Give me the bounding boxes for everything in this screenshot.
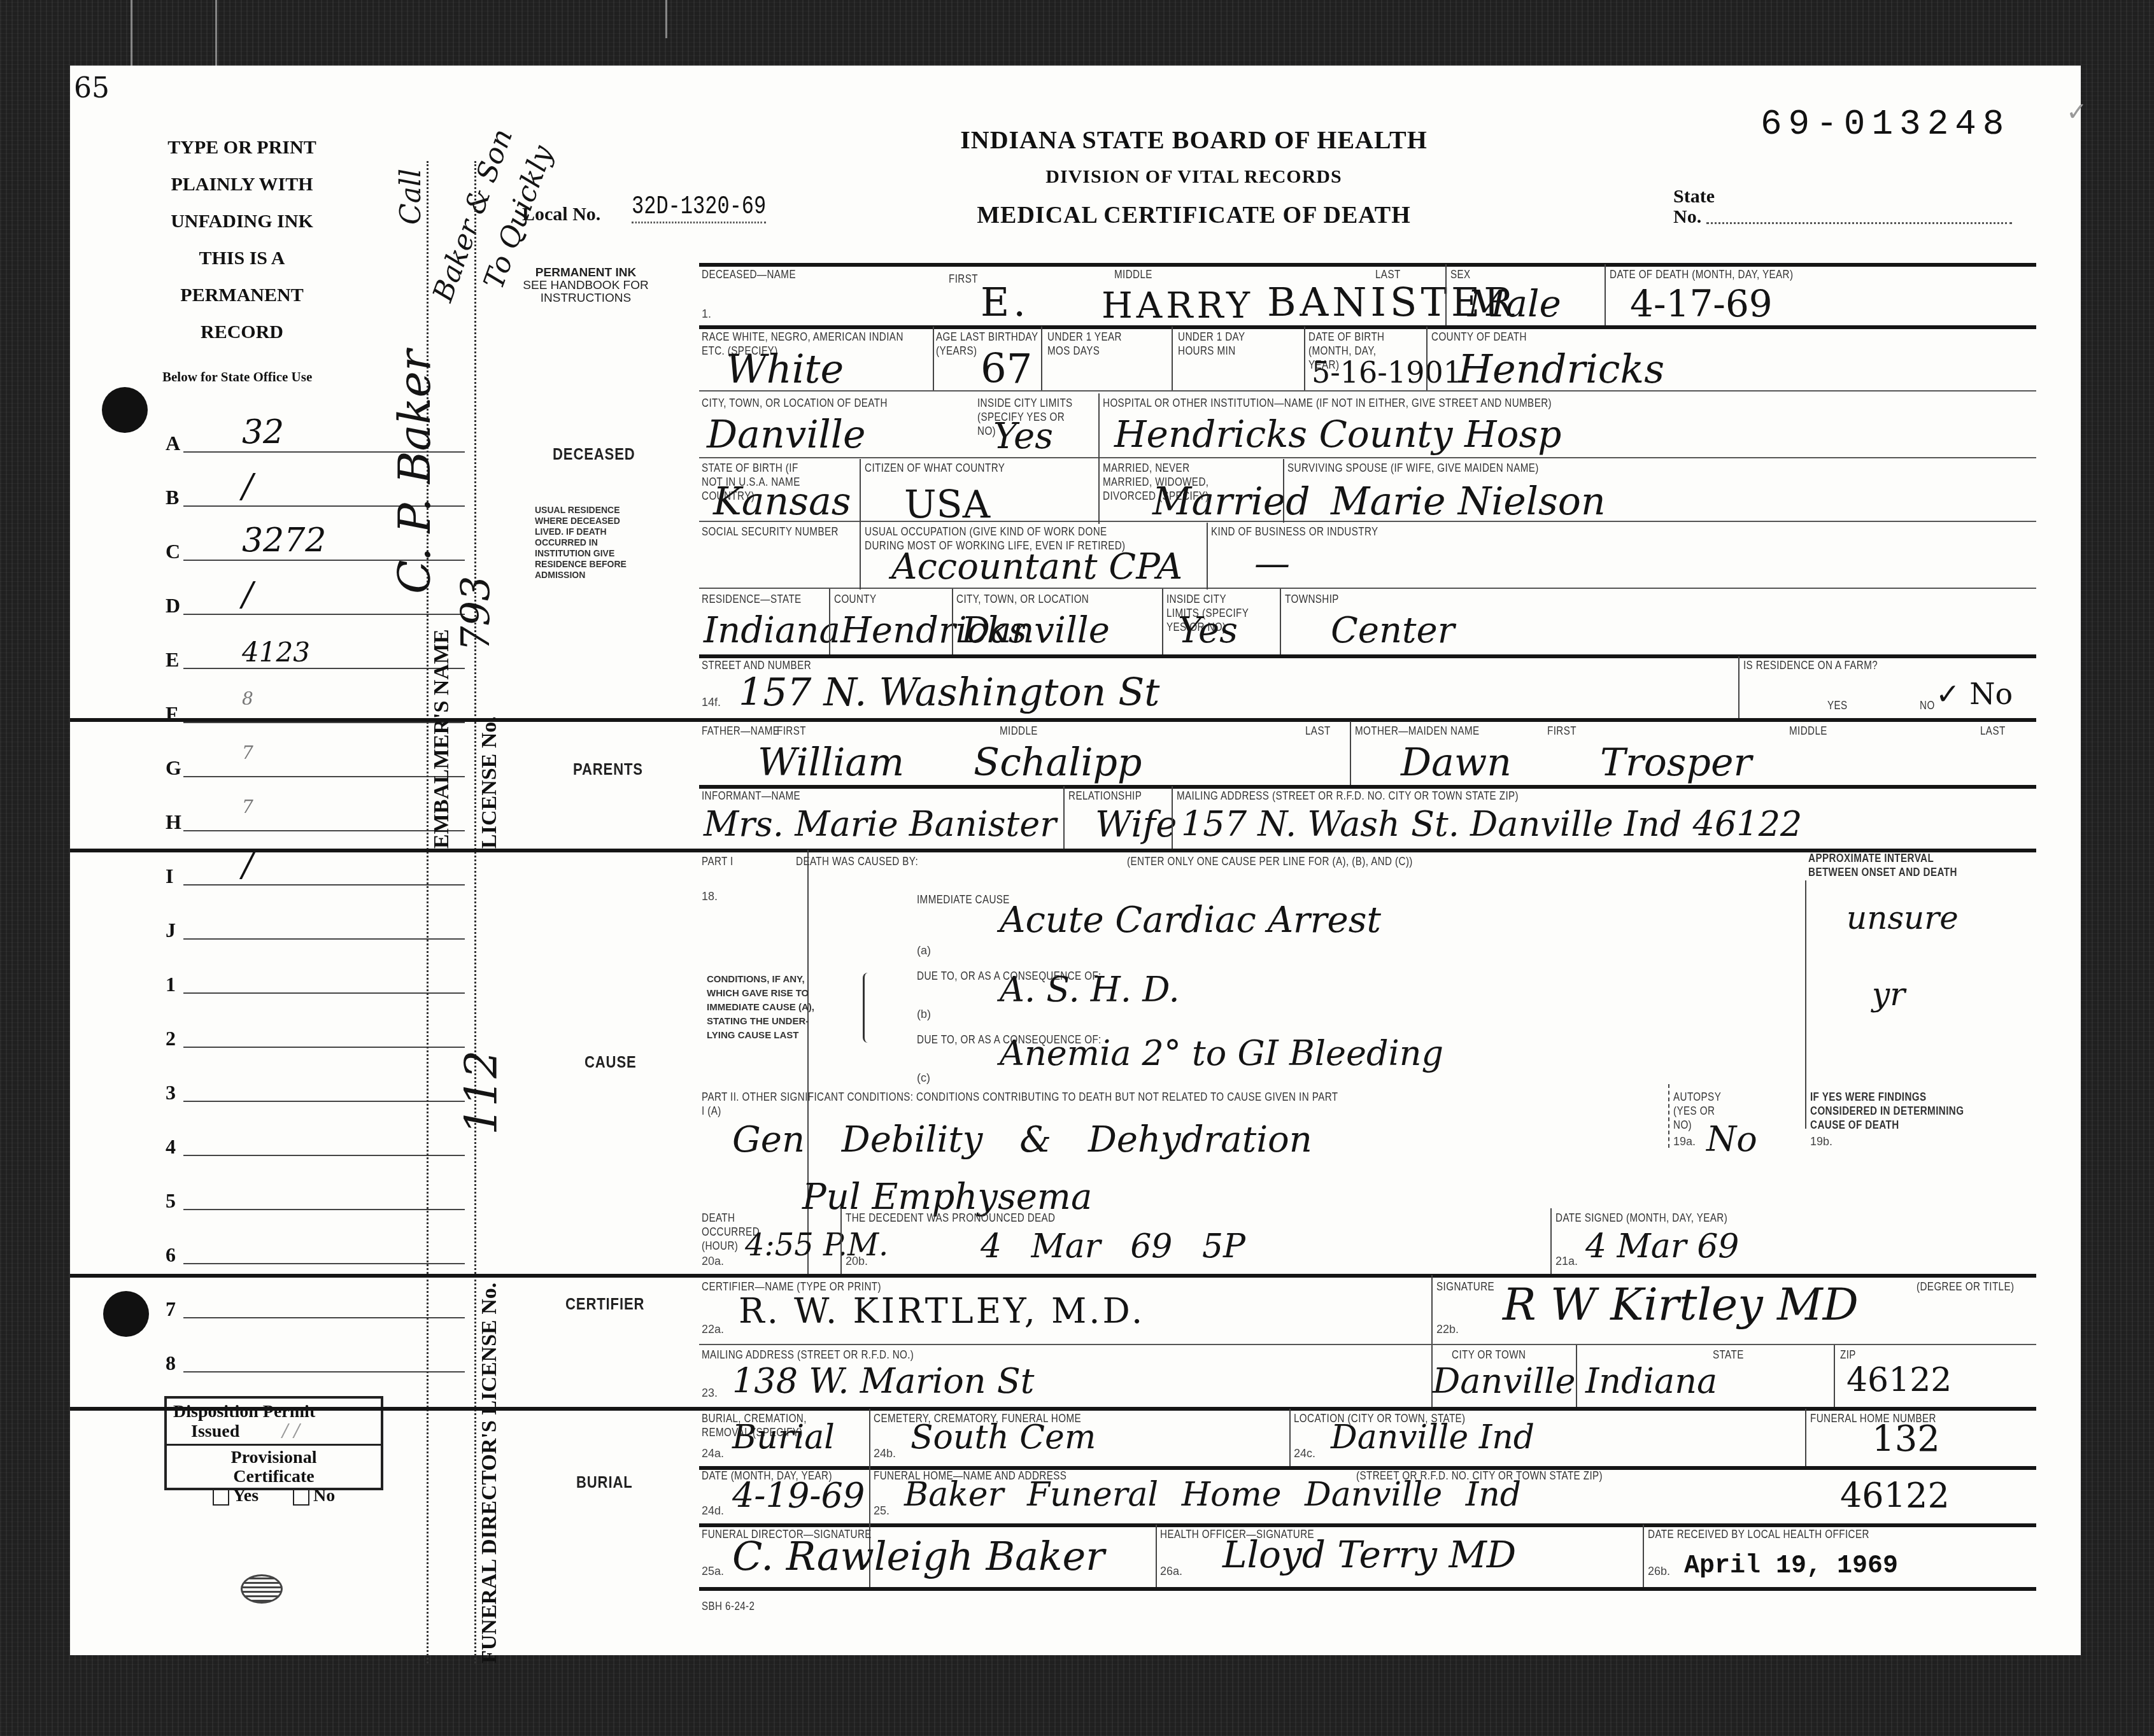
fh-number-value: 132 <box>1872 1418 1940 1460</box>
certifier-name-value: R. W. KIRTLEY, M.D. <box>739 1291 1145 1331</box>
local-no-label: Local No. <box>522 204 600 225</box>
certifier-address-value: 138 W. Marion St <box>732 1361 1034 1401</box>
interval-a-value: unsure <box>1846 900 1959 936</box>
pronounced-value: 4 Mar 69 5P <box>981 1227 1245 1266</box>
state-code-6: 6 <box>166 1234 465 1272</box>
name-label: DECEASED—NAME <box>702 268 796 282</box>
father-middle-label: MIDDLE <box>1000 724 1038 738</box>
farm-value: ✓ No <box>1936 677 2013 711</box>
provisional-label: Provisional <box>167 1448 381 1467</box>
burial-date-value: 4-19-69 <box>732 1476 865 1516</box>
spouse-label: SURVIVING SPOUSE (IF WIFE, GIVE MAIDEN N… <box>1287 462 1539 476</box>
field-number: 23. <box>702 1387 718 1400</box>
state-code-h: H7 <box>166 801 465 839</box>
father-value: William Schalipp <box>758 740 1142 785</box>
certifier-signature: R W Kirtley MD <box>1503 1278 1859 1330</box>
cause-a-marker: (a) <box>917 944 931 957</box>
ho-signature: Lloyd Terry MD <box>1222 1533 1516 1576</box>
embalmer-name-label: EMBALMER'S NAME <box>430 629 454 849</box>
res-township-label: TOWNSHIP <box>1285 593 1339 607</box>
interval-label: APPROXIMATE INTERVAL BETWEEN ONSET AND D… <box>1808 852 1976 880</box>
field-number: 19b. <box>1810 1135 1832 1148</box>
cause-a-value: Acute Cardiac Arrest <box>1000 900 1381 941</box>
no-label: No <box>313 1486 335 1506</box>
certificate-label: Certificate <box>167 1467 381 1486</box>
race-value: White <box>726 346 844 392</box>
marital-value: Married <box>1152 479 1310 524</box>
union-label-icon <box>241 1574 283 1604</box>
father-first-label: FIRST <box>777 724 806 738</box>
cause-b-value: A. S. H. D. <box>1000 970 1180 1010</box>
divider <box>840 1208 842 1274</box>
divider <box>1426 327 1428 390</box>
hospital-value: Hendricks County Hosp <box>1114 413 1561 456</box>
page-title: MEDICAL CERTIFICATE OF DEATH <box>917 201 1471 229</box>
county-of-death-value: Hendricks <box>1458 346 1664 392</box>
signature-label: SIGNATURE <box>1436 1280 1494 1294</box>
note-call: Call <box>395 169 427 225</box>
instruction-line: PLAINLY WITH <box>159 166 325 203</box>
age-value: 67 <box>981 346 1032 393</box>
title-division: DIVISION OF VITAL RECORDS <box>917 166 1471 188</box>
rule <box>699 263 2036 267</box>
instructions-block: TYPE OR PRINT PLAINLY WITH UNFADING INK … <box>159 129 325 351</box>
res-township-value: Center <box>1331 610 1454 651</box>
business-value: — <box>1254 543 1290 584</box>
section-parents: PARENTS <box>573 759 643 779</box>
autopsy-value: No <box>1706 1119 1757 1159</box>
date-of-death-value: 4-17-69 <box>1630 282 1773 325</box>
city-of-death-value: Danville <box>707 413 866 457</box>
yes-label: Yes <box>233 1486 259 1506</box>
informant-address-label: MAILING ADDRESS (STREET OR R.F.D. NO. CI… <box>1177 789 1519 803</box>
divider <box>1162 589 1163 654</box>
interval-b-value: yr <box>1872 976 1905 1013</box>
state-code-3: 3 <box>166 1071 465 1110</box>
rule <box>699 1587 2036 1591</box>
rule <box>70 849 2036 852</box>
divider <box>1576 1345 1577 1407</box>
rule <box>70 718 2036 722</box>
mother-middle-label: MIDDLE <box>1789 724 1827 738</box>
informant-label: INFORMANT—NAME <box>702 789 800 803</box>
field-number: 21a. <box>1555 1255 1578 1268</box>
field-number: 24b. <box>874 1447 896 1460</box>
immediate-cause-label: IMMEDIATE CAUSE <box>917 893 1010 907</box>
rule <box>699 785 2036 789</box>
divider <box>1304 327 1305 390</box>
divider <box>829 589 830 654</box>
res-city-value: Danville <box>961 610 1110 651</box>
business-label: KIND OF BUSINESS OR INDUSTRY <box>1211 525 1378 539</box>
informant-value: Mrs. Marie Banister <box>704 804 1056 844</box>
cause-c-value: Anemia 2° to GI Bleeding <box>1000 1033 1443 1073</box>
divider <box>1805 880 1806 1129</box>
divider <box>1041 327 1042 390</box>
rule <box>70 1274 2036 1278</box>
provisional-yes-checkbox[interactable] <box>213 1489 229 1506</box>
field-number: 20a. <box>702 1255 724 1268</box>
state-office-label: Below for State Office Use <box>162 369 312 385</box>
received-label: DATE RECEIVED BY LOCAL HEALTH OFFICER <box>1648 1528 1869 1542</box>
father-last-label: LAST <box>1305 724 1331 738</box>
state-code-5: 5 <box>166 1180 465 1218</box>
license-no-label: LICENSE No. <box>478 716 502 849</box>
state-code-7: 7 <box>166 1288 465 1326</box>
certifier-state-label: STATE <box>1713 1348 1744 1362</box>
divider <box>1280 589 1281 654</box>
under-1-day-label: UNDER 1 DAY HOURS MIN <box>1178 330 1270 358</box>
provisional-no-checkbox[interactable] <box>293 1489 309 1506</box>
issued-value: / / <box>282 1420 300 1441</box>
divider <box>1172 786 1173 849</box>
farm-no[interactable]: NO <box>1920 699 1935 713</box>
divider <box>1172 327 1173 390</box>
instruction-line: UNFADING INK <box>159 203 325 240</box>
check-mark-icon: ✓ <box>2066 97 2088 127</box>
death-caused-by-label: DEATH WAS CAUSED BY: <box>796 855 918 869</box>
field-number: 18. <box>702 890 718 903</box>
cause-b-marker: (b) <box>917 1008 931 1021</box>
field-number: 19a. <box>1673 1135 1696 1148</box>
funeral-home-value: Baker Funeral Home Danville Ind <box>904 1476 1521 1514</box>
ssn-label: SOCIAL SECURITY NUMBER <box>702 525 839 539</box>
form-code: SBH 6-24-2 <box>702 1600 755 1614</box>
state-of-birth-value: Kansas <box>713 479 851 524</box>
field-number: 25. <box>874 1504 889 1518</box>
mother-first-label: FIRST <box>1547 724 1577 738</box>
state-code-1: 1 <box>166 963 465 1001</box>
instruction-line: RECORD <box>159 314 325 351</box>
mother-value: Dawn Trosper <box>1401 740 1752 785</box>
received-value: April 19, 1969 <box>1684 1552 1898 1581</box>
rule <box>699 588 2036 589</box>
divider <box>860 459 861 589</box>
field-number: 24d. <box>702 1504 724 1518</box>
state-code-g: G7 <box>166 747 465 785</box>
divider <box>1445 264 1447 325</box>
mother-last-label: LAST <box>1980 724 2006 738</box>
pronounced-label: THE DECEDENT WAS PRONOUNCED DEAD <box>846 1211 1056 1225</box>
rule <box>70 1407 2036 1411</box>
license-no-value: 793 <box>452 576 499 651</box>
first-label: FIRST <box>949 272 978 286</box>
divider <box>1156 1525 1157 1587</box>
rule <box>699 390 2036 392</box>
name-first: E. <box>981 279 1030 325</box>
degree-label: (DEGREE OR TITLE) <box>1917 1280 2014 1294</box>
page-mark: 65 <box>74 72 110 104</box>
divider <box>1805 1409 1806 1466</box>
certificate-number: 69-013248 <box>1761 104 2010 145</box>
divider <box>1098 393 1100 524</box>
brace <box>863 973 871 1043</box>
field-number: 26b. <box>1648 1565 1670 1578</box>
permanent-ink-note: PERMANENT INKSEE HANDBOOK FORINSTRUCTION… <box>516 267 656 305</box>
title-board: INDIANA STATE BOARD OF HEALTH <box>917 125 1471 155</box>
divider <box>1605 264 1606 325</box>
local-no-value: 32D-1320-69 <box>632 193 766 223</box>
scan-streak <box>131 0 132 66</box>
fd-signature: C. Rawleigh Baker <box>732 1533 1105 1579</box>
dotted-divider <box>474 161 476 1663</box>
res-county-label: COUNTY <box>834 593 877 607</box>
certifier-city-label: CITY OR TOWN <box>1452 1348 1526 1362</box>
enter-only-note: (ENTER ONLY ONE CAUSE PER LINE FOR (a), … <box>1127 855 1413 869</box>
divider <box>1668 1084 1669 1148</box>
location-value: Danville Ind <box>1331 1418 1534 1457</box>
state-code-f: F8 <box>166 693 465 731</box>
date-signed-value: 4 Mar 69 <box>1585 1227 1739 1266</box>
state-code-e: E4123 <box>166 639 465 677</box>
scan-streak <box>215 0 217 66</box>
field-number: 14f. <box>702 696 721 709</box>
res-state-value: Indiana <box>704 610 840 651</box>
rule <box>699 1344 2036 1345</box>
field-number: 24a. <box>702 1447 724 1460</box>
relationship-value: Wife <box>1095 804 1177 845</box>
street-value: 157 N. Washington St <box>739 670 1159 715</box>
divider <box>952 589 953 654</box>
inside-city-value: Yes <box>993 416 1053 457</box>
sex-label: SEX <box>1450 268 1471 282</box>
section-cause: CAUSE <box>585 1052 637 1072</box>
state-no-label: StateNo. <box>1673 187 1715 227</box>
section-burial: BURIAL <box>576 1472 633 1492</box>
occupation-value: Accountant CPA <box>891 546 1182 588</box>
section-deceased: DECEASED <box>553 444 635 464</box>
certifier-city-value: Danville <box>1433 1361 1576 1401</box>
date-of-death-label: DATE OF DEATH (MONTH, DAY, YEAR) <box>1610 268 1793 282</box>
name-middle: HARRY <box>1102 285 1254 327</box>
field-number: 22b. <box>1436 1323 1459 1336</box>
divider <box>1834 1345 1835 1407</box>
city-of-death-label: CITY, TOWN, OR LOCATION OF DEATH <box>702 397 888 411</box>
divider <box>1643 1525 1644 1587</box>
scan-streak <box>665 0 667 38</box>
divider <box>1738 656 1739 718</box>
rule <box>699 654 2036 658</box>
instruction-line: PERMANENT <box>159 277 325 314</box>
divider <box>1063 786 1065 849</box>
instruction-line: THIS IS A <box>159 240 325 277</box>
state-code-8: 8 <box>166 1342 465 1380</box>
spouse-value: Marie Nielson <box>1331 479 1606 524</box>
field-number: 25a. <box>702 1565 724 1578</box>
state-code-i: I/ <box>166 855 465 893</box>
field-number: 22a. <box>702 1323 724 1336</box>
certifier-zip-label: ZIP <box>1840 1348 1856 1362</box>
rule <box>699 457 2036 458</box>
mother-label: MOTHER—MAIDEN NAME <box>1355 724 1480 738</box>
citizen-value: USA <box>904 483 990 527</box>
field-number: 24c. <box>1294 1447 1315 1460</box>
res-city-label: CITY, TOWN, OR LOCATION <box>956 593 1089 607</box>
instruction-line: TYPE OR PRINT <box>159 129 325 166</box>
fd-license-label: FUNERAL DIRECTOR'S LICENSE No. <box>478 1283 502 1663</box>
informant-address-value: 157 N. Wash St. Danville Ind 46122 <box>1181 804 1802 844</box>
county-of-death-label: COUNTY OF DEATH <box>1431 330 1527 344</box>
field-number: 1. <box>702 307 711 321</box>
rule <box>699 1523 2036 1527</box>
relationship-label: RELATIONSHIP <box>1068 789 1142 803</box>
farm-label: IS RESIDENCE ON A FARM? <box>1743 659 1878 673</box>
certifier-address-label: MAILING ADDRESS (STREET OR R.F.D. NO.) <box>702 1348 914 1362</box>
fd-license-value: 112 <box>455 1050 507 1135</box>
field-number: 26a. <box>1160 1565 1182 1578</box>
punch-hole <box>102 387 148 433</box>
part1-label: PART I <box>702 855 733 869</box>
conditions-note: CONDITIONS, IF ANY,WHICH GAVE RISE TOIMM… <box>707 973 814 1043</box>
res-inside-city-value: Yes <box>1178 610 1238 651</box>
usual-residence-note: USUAL RESIDENCEWHERE DECEASEDLIVED. IF D… <box>535 505 627 581</box>
burial-type-value: Burial <box>732 1418 835 1457</box>
cemetery-value: South Cem <box>910 1418 1096 1457</box>
divider <box>933 327 934 390</box>
certifier-state-value: Indiana <box>1585 1361 1717 1401</box>
rule <box>699 325 2036 329</box>
divider <box>1289 1409 1291 1466</box>
embalmer-name-value: C. P. Baker <box>388 350 441 594</box>
citizen-label: CITIZEN OF WHAT COUNTRY <box>865 462 1005 476</box>
certifier-zip-value: 46122 <box>1846 1361 1952 1399</box>
state-code-2: 2 <box>166 1017 465 1055</box>
middle-label: MIDDLE <box>1114 268 1152 282</box>
issued-label: Issued <box>191 1422 239 1441</box>
under-1-year-label: UNDER 1 YEAR MOS DAYS <box>1047 330 1139 358</box>
state-code-j: J <box>166 909 465 947</box>
field-number: 20b. <box>846 1255 868 1268</box>
divider <box>1350 721 1351 785</box>
hospital-label: HOSPITAL OR OTHER INSTITUTION—NAME (IF N… <box>1103 397 1867 411</box>
funeral-home-zip: 46122 <box>1840 1476 1950 1516</box>
dob-value: 5-16-1901 <box>1312 355 1462 390</box>
part2-label: PART II. OTHER SIGNIFICANT CONDITIONS: C… <box>702 1090 1343 1119</box>
state-no-field[interactable] <box>1706 222 2012 224</box>
state-code-4: 4 <box>166 1126 465 1164</box>
disposition-title: Disposition Permit <box>173 1402 374 1422</box>
cause-c-marker: (c) <box>917 1071 930 1085</box>
part2-value-1: Gen Debility & Dehydration <box>732 1119 1312 1161</box>
divider <box>1207 523 1208 589</box>
date-signed-label: DATE SIGNED (MONTH, DAY, YEAR) <box>1555 1211 1727 1225</box>
father-label: FATHER—NAME <box>702 724 779 738</box>
res-state-label: RESIDENCE—STATE <box>702 593 802 607</box>
sex-value: Male <box>1468 282 1561 325</box>
findings-label: IF YES WERE FINDINGS CONSIDERED IN DETER… <box>1810 1090 1983 1133</box>
divider <box>1550 1208 1552 1274</box>
death-certificate: 65 Call Baker & Son To Quickly TYPE OR P… <box>70 66 2081 1655</box>
section-certifier: CERTIFIER <box>565 1294 644 1314</box>
punch-hole <box>103 1291 149 1337</box>
farm-yes[interactable]: YES <box>1827 699 1848 713</box>
divider <box>1283 459 1284 523</box>
